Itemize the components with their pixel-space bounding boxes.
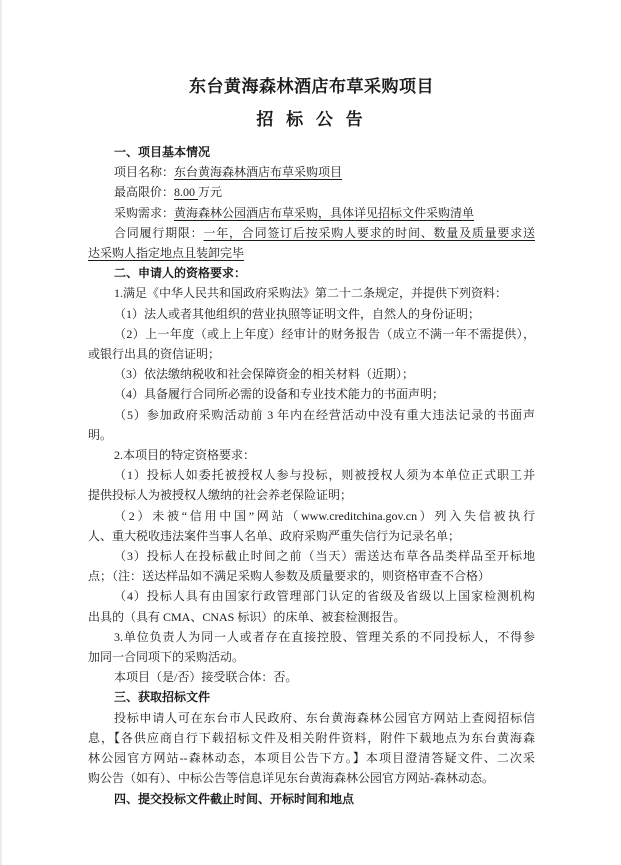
text-line: 息，【各供应商自行下载招标文件及相关附件资料，附件下载地点为东台黄海森 [88,728,535,748]
text-run: （4）具备履行合同所必需的设备和专业技术能力的书面声明； [114,387,444,401]
text-run: （1）法人或者其他组织的营业执照等证明文件，自然人的身份证明； [114,307,480,321]
text-run: 人、重大税收违法案件当事人名单、政府采购严重失信行为记录名单； [88,529,460,543]
section-heading: 二、申请人的资格要求： [88,263,535,283]
text-line: 人、重大税收违法案件当事人名单、政府采购严重失信行为记录名单； [88,526,535,546]
text-run: 三、获取招标文件 [114,690,210,704]
document-page: 东台黄海森林酒店布草采购项目 招 标 公 告 一、项目基本情况项目名称：东台黄海… [0,0,621,865]
text-run: 出具的（具有 CMA、CNAS 标识）的床单、被套检测报告。 [88,610,405,624]
text-line: 点；（注：送达样品如不满足采购人参数及质量要求的，则资格审查不合格） [88,566,535,586]
text-run: 二、申请人的资格要求： [114,266,246,280]
text-line: 本项目（是/否）接受联合体：否。 [88,667,535,687]
underlined-value: 8.00 [174,185,198,199]
text-run: （5）参加政府采购活动前 3 年内在经营活动中没有重大违法记录的书面声 [114,408,535,422]
text-line: 出具的（具有 CMA、CNAS 标识）的床单、被套检测报告。 [88,607,535,627]
text-line: 林公园官方网站--森林动态，本项目公告下方。】本项目澄清答疑文件、二次采 [88,748,535,768]
text-line: （5）参加政府采购活动前 3 年内在经营活动中没有重大违法记录的书面声 [88,405,535,425]
text-line: 1.满足《中华人民共和国政府采购法》第二十二条规定，并提供下列资料： [88,283,535,303]
text-run: 3.单位负责人为同一人或者存在直接控股、管理关系的不同投标人，不得参 [114,630,535,644]
document-title: 东台黄海森林酒店布草采购项目 [2,76,621,98]
underlined-value: 一年，合同签订后按采购人要求的时间、数量及质量要求送 [203,226,535,240]
text-run: （2）未被“信用中国”网站（www.creditchina.gov.cn）列入失… [114,509,535,523]
text-line: 项目名称：东台黄海森林酒店布草采购项目 [88,162,535,182]
text-run: 项目名称： [114,165,174,179]
text-line: 2.本项目的特定资格要求： [88,445,535,465]
section-heading: 四、提交投标文件截止时间、开标时间和地点 [88,789,535,809]
text-run: 万元 [198,185,222,199]
text-run: 或银行出具的资信证明； [88,347,220,361]
text-run: 最高限价： [114,185,174,199]
text-line: 明。 [88,425,535,445]
text-line: 3.单位负责人为同一人或者存在直接控股、管理关系的不同投标人，不得参 [88,627,535,647]
text-line: （2）未被“信用中国”网站（www.creditchina.gov.cn）列入失… [88,506,535,526]
text-line: 提供投标人为被授权人缴纳的社会养老保险证明； [88,485,535,505]
text-line: 投标申请人可在东台市人民政府、东台黄海森林公园官方网站上查阅招标信 [88,708,535,728]
text-run: 投标申请人可在东台市人民政府、东台黄海森林公园官方网站上查阅招标信 [114,711,535,725]
text-run: （2）上一年度（或上上年度）经审计的财务报告（成立不满一年不需提供）， [114,327,535,341]
text-line: 或银行出具的资信证明； [88,344,535,364]
text-run: （1）投标人如委托被授权人参与投标，则被授权人须为本单位正式职工并 [114,468,535,482]
document-subtitle: 招 标 公 告 [2,109,621,131]
text-run: 加同一合同项下的采购活动。 [88,650,244,664]
text-run: 提供投标人为被授权人缴纳的社会养老保险证明； [88,488,352,502]
text-line: 采购需求：黄海森林公园酒店布草采购，具体详见招标文件采购清单 [88,203,535,223]
text-line: （1）投标人如委托被授权人参与投标，则被授权人须为本单位正式职工并 [88,465,535,485]
text-run: 息，【各供应商自行下载招标文件及相关附件资料，附件下载地点为东台黄海森 [88,731,535,745]
document-body: 一、项目基本情况项目名称：东台黄海森林酒店布草采购项目最高限价：8.00 万元采… [88,142,535,809]
text-run: （3）投标人在投标截止时间之前（当天）需送达布草各品类样品至开标地 [114,549,535,563]
text-run: 采购需求： [114,206,174,220]
text-run: 点；（注：送达样品如不满足采购人参数及质量要求的，则资格审查不合格） [88,569,490,583]
text-run: 四、提交投标文件截止时间、开标时间和地点 [114,792,354,806]
text-line: 达采购人指定地点且装卸完毕 [88,243,535,263]
underlined-value: 黄海森林公园酒店布草采购，具体详见招标文件采购清单 [174,206,474,220]
text-line: （3）依法缴纳税收和社会保障资金的相关材料（近期）； [88,364,535,384]
text-run: （4）投标人具有由国家行政管理部门认定的省级及省级以上国家检测机构 [114,589,535,603]
text-run: 合同履行期限： [114,226,203,240]
text-line: （3）投标人在投标截止时间之前（当天）需送达布草各品类样品至开标地 [88,546,535,566]
section-heading: 三、获取招标文件 [88,687,535,707]
text-run: 1.满足《中华人民共和国政府采购法》第二十二条规定，并提供下列资料： [114,286,507,300]
section-heading: 一、项目基本情况 [88,142,535,162]
text-line: （4）具备履行合同所必需的设备和专业技术能力的书面声明； [88,384,535,404]
text-line: （4）投标人具有由国家行政管理部门认定的省级及省级以上国家检测机构 [88,586,535,606]
text-line: （2）上一年度（或上上年度）经审计的财务报告（成立不满一年不需提供）， [88,324,535,344]
text-line: （1）法人或者其他组织的营业执照等证明文件，自然人的身份证明； [88,304,535,324]
underlined-value: 达采购人指定地点且装卸完毕 [88,246,244,260]
underlined-value: 东台黄海森林酒店布草采购项目 [174,165,342,179]
text-line: 合同履行期限：一年，合同签订后按采购人要求的时间、数量及质量要求送 [88,223,535,243]
text-run: （3）依法缴纳税收和社会保障资金的相关材料（近期）； [114,367,414,381]
text-run: 购公告（如有）、中标公告等信息详见东台黄海森林公园官方网站-森林动态。 [88,771,494,785]
text-run: 本项目（是/否）接受联合体：否。 [114,670,297,684]
text-run: 明。 [88,428,112,442]
text-line: 最高限价：8.00 万元 [88,182,535,202]
text-run: 林公园官方网站--森林动态，本项目公告下方。】本项目澄清答疑文件、二次采 [88,751,535,765]
text-line: 购公告（如有）、中标公告等信息详见东台黄海森林公园官方网站-森林动态。 [88,768,535,788]
text-line: 加同一合同项下的采购活动。 [88,647,535,667]
text-run: 一、项目基本情况 [114,145,210,159]
text-run: 2.本项目的特定资格要求： [114,448,255,462]
